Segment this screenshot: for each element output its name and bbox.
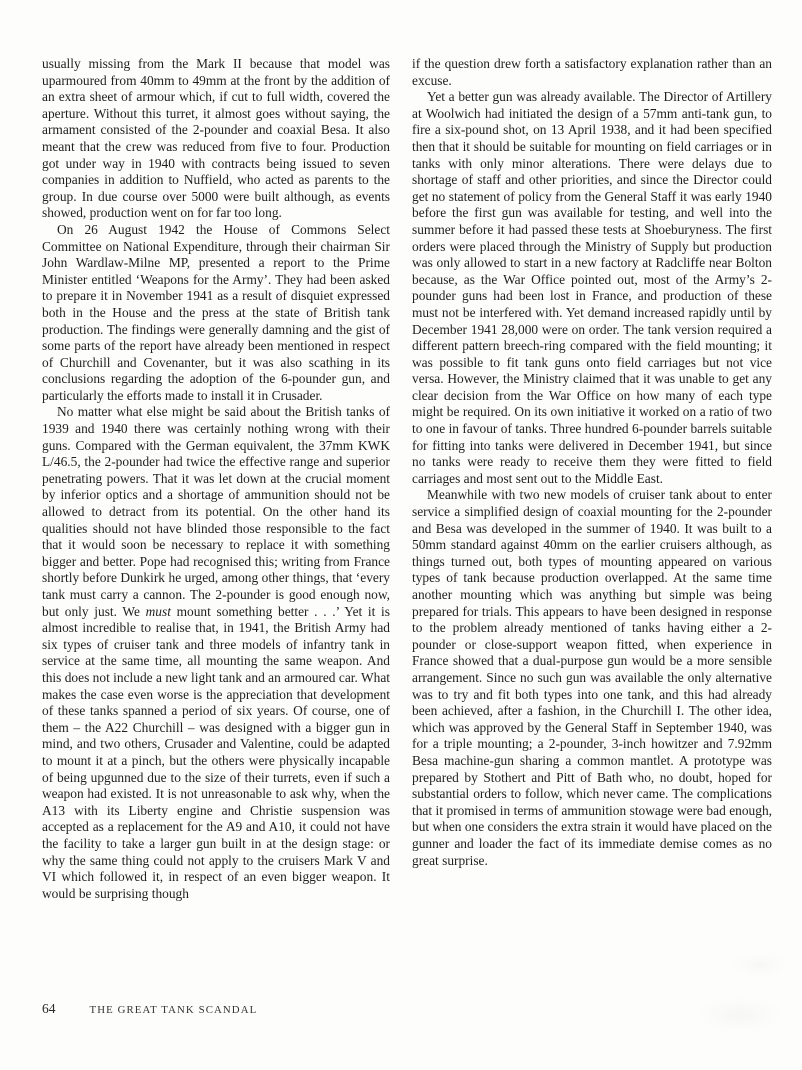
paragraph: Yet a better gun was already available. … bbox=[412, 89, 772, 487]
two-column-text-block: usually missing from the Mark II because… bbox=[42, 56, 772, 902]
right-column: if the question drew forth a satisfactor… bbox=[412, 56, 772, 902]
paragraph-continuation: if the question drew forth a satisfactor… bbox=[412, 56, 772, 89]
paragraph-text: mount something better . . .’ Yet it is … bbox=[42, 604, 390, 901]
paragraph: Meanwhile with two new models of cruiser… bbox=[412, 487, 772, 869]
page-number: 64 bbox=[42, 1001, 56, 1017]
book-page: usually missing from the Mark II because… bbox=[0, 0, 802, 1070]
running-title: THE GREAT TANK SCANDAL bbox=[90, 1004, 258, 1016]
page-footer: 64 THE GREAT TANK SCANDAL bbox=[42, 1001, 257, 1017]
paragraph: No matter what else might be said about … bbox=[42, 404, 390, 902]
left-column: usually missing from the Mark II because… bbox=[42, 56, 390, 902]
paragraph-text: No matter what else might be said about … bbox=[42, 404, 390, 618]
paragraph: On 26 August 1942 the House of Commons S… bbox=[42, 222, 390, 405]
italic-word: must bbox=[146, 604, 171, 619]
paragraph-continuation: usually missing from the Mark II because… bbox=[42, 56, 390, 222]
